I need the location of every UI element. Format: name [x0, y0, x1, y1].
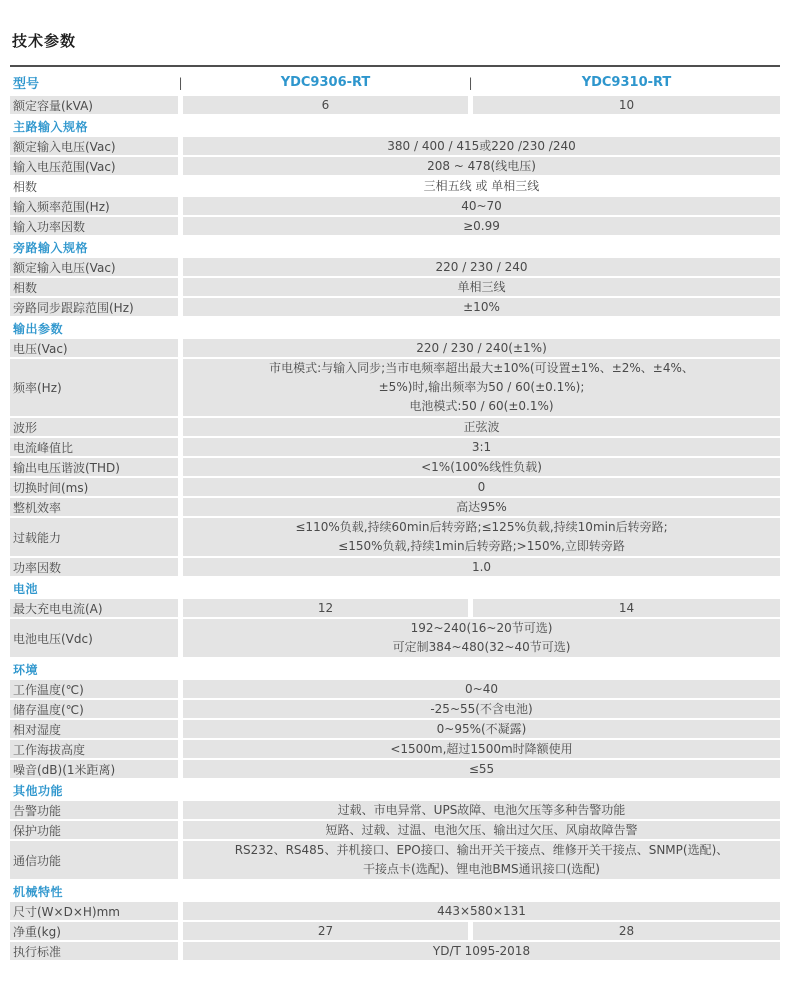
spec-value-model-2: 10: [473, 96, 780, 114]
table-row: 相数单相三线: [10, 278, 780, 296]
spec-label: 储存温度(℃): [10, 700, 178, 718]
spec-label: 功率因数: [10, 558, 178, 576]
spec-value: ≤55: [183, 760, 780, 778]
section-header-row: 旁路输入规格: [10, 237, 780, 257]
spec-value-line: ±5%)时,输出频率为50 / 60(±0.1%);: [187, 378, 776, 397]
section-header-row: 其他功能: [10, 780, 780, 800]
table-row: 输出电压谐波(THD)<1%(100%线性负载): [10, 458, 780, 476]
spec-label: 相对湿度: [10, 720, 178, 738]
spec-label: 切换时间(ms): [10, 478, 178, 496]
spec-value: 443×580×131: [183, 902, 780, 920]
page-title: 技术参数: [12, 30, 780, 51]
spec-value: <1500m,超过1500m时降额使用: [183, 740, 780, 758]
table-row: 额定输入电压(Vac)220 / 230 / 240: [10, 258, 780, 276]
table-header-row: 型号 | YDC9306-RT | YDC9310-RT: [10, 71, 780, 94]
spec-value: 208 ~ 478(线电压): [183, 157, 780, 175]
table-body: 额定容量(kVA)610主路输入规格额定输入电压(Vac)380 / 400 /…: [10, 96, 780, 960]
spec-label: 额定容量(kVA): [10, 96, 178, 114]
spec-label: 相数: [10, 278, 178, 296]
section-header-row: 机械特性: [10, 881, 780, 901]
spec-value-model-1: 6: [183, 96, 468, 114]
table-row: 噪音(dB)(1米距离)≤55: [10, 760, 780, 778]
table-row: 最大充电电流(A)1214: [10, 599, 780, 617]
spec-value: 三相五线 或 单相三线: [183, 177, 780, 195]
spec-label: 额定输入电压(Vac): [10, 137, 178, 155]
spec-label: 尺寸(W×D×H)mm: [10, 902, 178, 920]
spec-value-model-2: 28: [473, 922, 780, 940]
spec-label: 电流峰值比: [10, 438, 178, 456]
spec-value: 单相三线: [183, 278, 780, 296]
spec-value: 市电模式:与输入同步;当市电频率超出最大±10%(可设置±1%、±2%、±4%、…: [183, 359, 780, 416]
spec-value-line: RS232、RS485、并机接口、EPO接口、输出开关干接点、维修开关干接点、S…: [187, 841, 776, 860]
header-model-label: 型号: [10, 73, 178, 92]
spec-value: 0: [183, 478, 780, 496]
spec-value: ±10%: [183, 298, 780, 316]
section-label: 主路输入规格: [10, 118, 88, 135]
spec-label: 告警功能: [10, 801, 178, 819]
spec-value: 高达95%: [183, 498, 780, 516]
spec-label: 波形: [10, 418, 178, 436]
section-label: 旁路输入规格: [10, 239, 88, 256]
table-row: 电池电压(Vdc)192~240(16~20节可选)可定制384~480(32~…: [10, 619, 780, 657]
section-label: 机械特性: [10, 883, 63, 900]
table-row: 相数三相五线 或 单相三线: [10, 177, 780, 195]
spec-value: 3:1: [183, 438, 780, 456]
spec-value-line: 市电模式:与输入同步;当市电频率超出最大±10%(可设置±1%、±2%、±4%、: [187, 359, 776, 378]
spec-value: 过载、市电异常、UPS故障、电池欠压等多种告警功能: [183, 801, 780, 819]
spec-value: ≤110%负载,持续60min后转旁路;≤125%负载,持续10min后转旁路;…: [183, 518, 780, 556]
table-row: 执行标准YD/T 1095-2018: [10, 942, 780, 960]
table-row: 额定输入电压(Vac)380 / 400 / 415或220 /230 /240: [10, 137, 780, 155]
spec-value: 220 / 230 / 240: [183, 258, 780, 276]
header-model-1: YDC9306-RT: [183, 75, 468, 90]
spec-value: 正弦波: [183, 418, 780, 436]
spec-value-model-1: 12: [183, 599, 468, 617]
table-row: 工作温度(℃)0~40: [10, 680, 780, 698]
section-label: 电池: [10, 580, 38, 597]
spec-label: 工作海拔高度: [10, 740, 178, 758]
spec-label: 通信功能: [10, 841, 178, 879]
spec-label: 电压(Vac): [10, 339, 178, 357]
spec-label: 整机效率: [10, 498, 178, 516]
spec-value: 0~95%(不凝露): [183, 720, 780, 738]
spec-label: 过载能力: [10, 518, 178, 556]
spec-value: 380 / 400 / 415或220 /230 /240: [183, 137, 780, 155]
spec-value-model-2: 14: [473, 599, 780, 617]
table-row: 通信功能RS232、RS485、并机接口、EPO接口、输出开关干接点、维修开关干…: [10, 841, 780, 879]
spec-label: 相数: [10, 177, 178, 195]
spec-value-model-1: 27: [183, 922, 468, 940]
spec-value: -25~55(不含电池): [183, 700, 780, 718]
spec-value: 40~70: [183, 197, 780, 215]
spec-value: 220 / 230 / 240(±1%): [183, 339, 780, 357]
section-header-row: 电池: [10, 578, 780, 598]
section-label: 输出参数: [10, 320, 63, 337]
spec-label: 输入功率因数: [10, 217, 178, 235]
spec-value: ≥0.99: [183, 217, 780, 235]
spec-value: <1%(100%线性负载): [183, 458, 780, 476]
table-row: 切换时间(ms)0: [10, 478, 780, 496]
table-row: 净重(kg)2728: [10, 922, 780, 940]
table-row: 过载能力≤110%负载,持续60min后转旁路;≤125%负载,持续10min后…: [10, 518, 780, 556]
spec-table: 型号 | YDC9306-RT | YDC9310-RT 额定容量(kVA)61…: [10, 65, 780, 960]
spec-label: 最大充电电流(A): [10, 599, 178, 617]
spec-value-line: ≤150%负载,持续1min后转旁路;>150%,立即转旁路: [187, 537, 776, 556]
spec-label: 电池电压(Vdc): [10, 619, 178, 657]
table-row: 输入电压范围(Vac)208 ~ 478(线电压): [10, 157, 780, 175]
spec-value-line: 可定制384~480(32~40节可选): [187, 638, 776, 657]
spec-value: 1.0: [183, 558, 780, 576]
spec-label: 执行标准: [10, 942, 178, 960]
spec-label: 输入频率范围(Hz): [10, 197, 178, 215]
table-row: 尺寸(W×D×H)mm443×580×131: [10, 902, 780, 920]
spec-label: 频率(Hz): [10, 359, 178, 416]
table-row: 输入功率因数≥0.99: [10, 217, 780, 235]
table-row: 相对湿度0~95%(不凝露): [10, 720, 780, 738]
table-row: 工作海拔高度<1500m,超过1500m时降额使用: [10, 740, 780, 758]
section-label: 其他功能: [10, 782, 63, 799]
table-row: 储存温度(℃)-25~55(不含电池): [10, 700, 780, 718]
spec-value: YD/T 1095-2018: [183, 942, 780, 960]
spec-value-line: 192~240(16~20节可选): [187, 619, 776, 638]
table-row: 告警功能过载、市电异常、UPS故障、电池欠压等多种告警功能: [10, 801, 780, 819]
spec-value-line: 电池模式:50 / 60(±0.1%): [187, 397, 776, 416]
table-row: 保护功能短路、过载、过温、电池欠压、输出过欠压、风扇故障告警: [10, 821, 780, 839]
spec-value: 192~240(16~20节可选)可定制384~480(32~40节可选): [183, 619, 780, 657]
table-row: 额定容量(kVA)610: [10, 96, 780, 114]
table-row: 旁路同步跟踪范围(Hz)±10%: [10, 298, 780, 316]
table-row: 功率因数1.0: [10, 558, 780, 576]
spec-label: 噪音(dB)(1米距离): [10, 760, 178, 778]
spec-value-line: ≤110%负载,持续60min后转旁路;≤125%负载,持续10min后转旁路;: [187, 518, 776, 537]
spec-label: 额定输入电压(Vac): [10, 258, 178, 276]
spec-label: 净重(kg): [10, 922, 178, 940]
section-header-row: 环境: [10, 659, 780, 679]
table-row: 电压(Vac)220 / 230 / 240(±1%): [10, 339, 780, 357]
spec-label: 输入电压范围(Vac): [10, 157, 178, 175]
table-row: 输入频率范围(Hz)40~70: [10, 197, 780, 215]
section-header-row: 主路输入规格: [10, 116, 780, 136]
table-row: 整机效率高达95%: [10, 498, 780, 516]
section-header-row: 输出参数: [10, 318, 780, 338]
spec-label: 保护功能: [10, 821, 178, 839]
spec-value: RS232、RS485、并机接口、EPO接口、输出开关干接点、维修开关干接点、S…: [183, 841, 780, 879]
spec-value: 0~40: [183, 680, 780, 698]
spec-label: 旁路同步跟踪范围(Hz): [10, 298, 178, 316]
spec-label: 输出电压谐波(THD): [10, 458, 178, 476]
header-model-2: YDC9310-RT: [473, 75, 780, 90]
spec-value-line: 干接点卡(选配)、锂电池BMS通讯接口(选配): [187, 860, 776, 879]
section-label: 环境: [10, 661, 38, 678]
table-row: 频率(Hz)市电模式:与输入同步;当市电频率超出最大±10%(可设置±1%、±2…: [10, 359, 780, 416]
spec-page: 技术参数 型号 | YDC9306-RT | YDC9310-RT 额定容量(k…: [0, 0, 790, 960]
table-row: 波形正弦波: [10, 418, 780, 436]
spec-label: 工作温度(℃): [10, 680, 178, 698]
table-row: 电流峰值比3:1: [10, 438, 780, 456]
spec-value: 短路、过载、过温、电池欠压、输出过欠压、风扇故障告警: [183, 821, 780, 839]
